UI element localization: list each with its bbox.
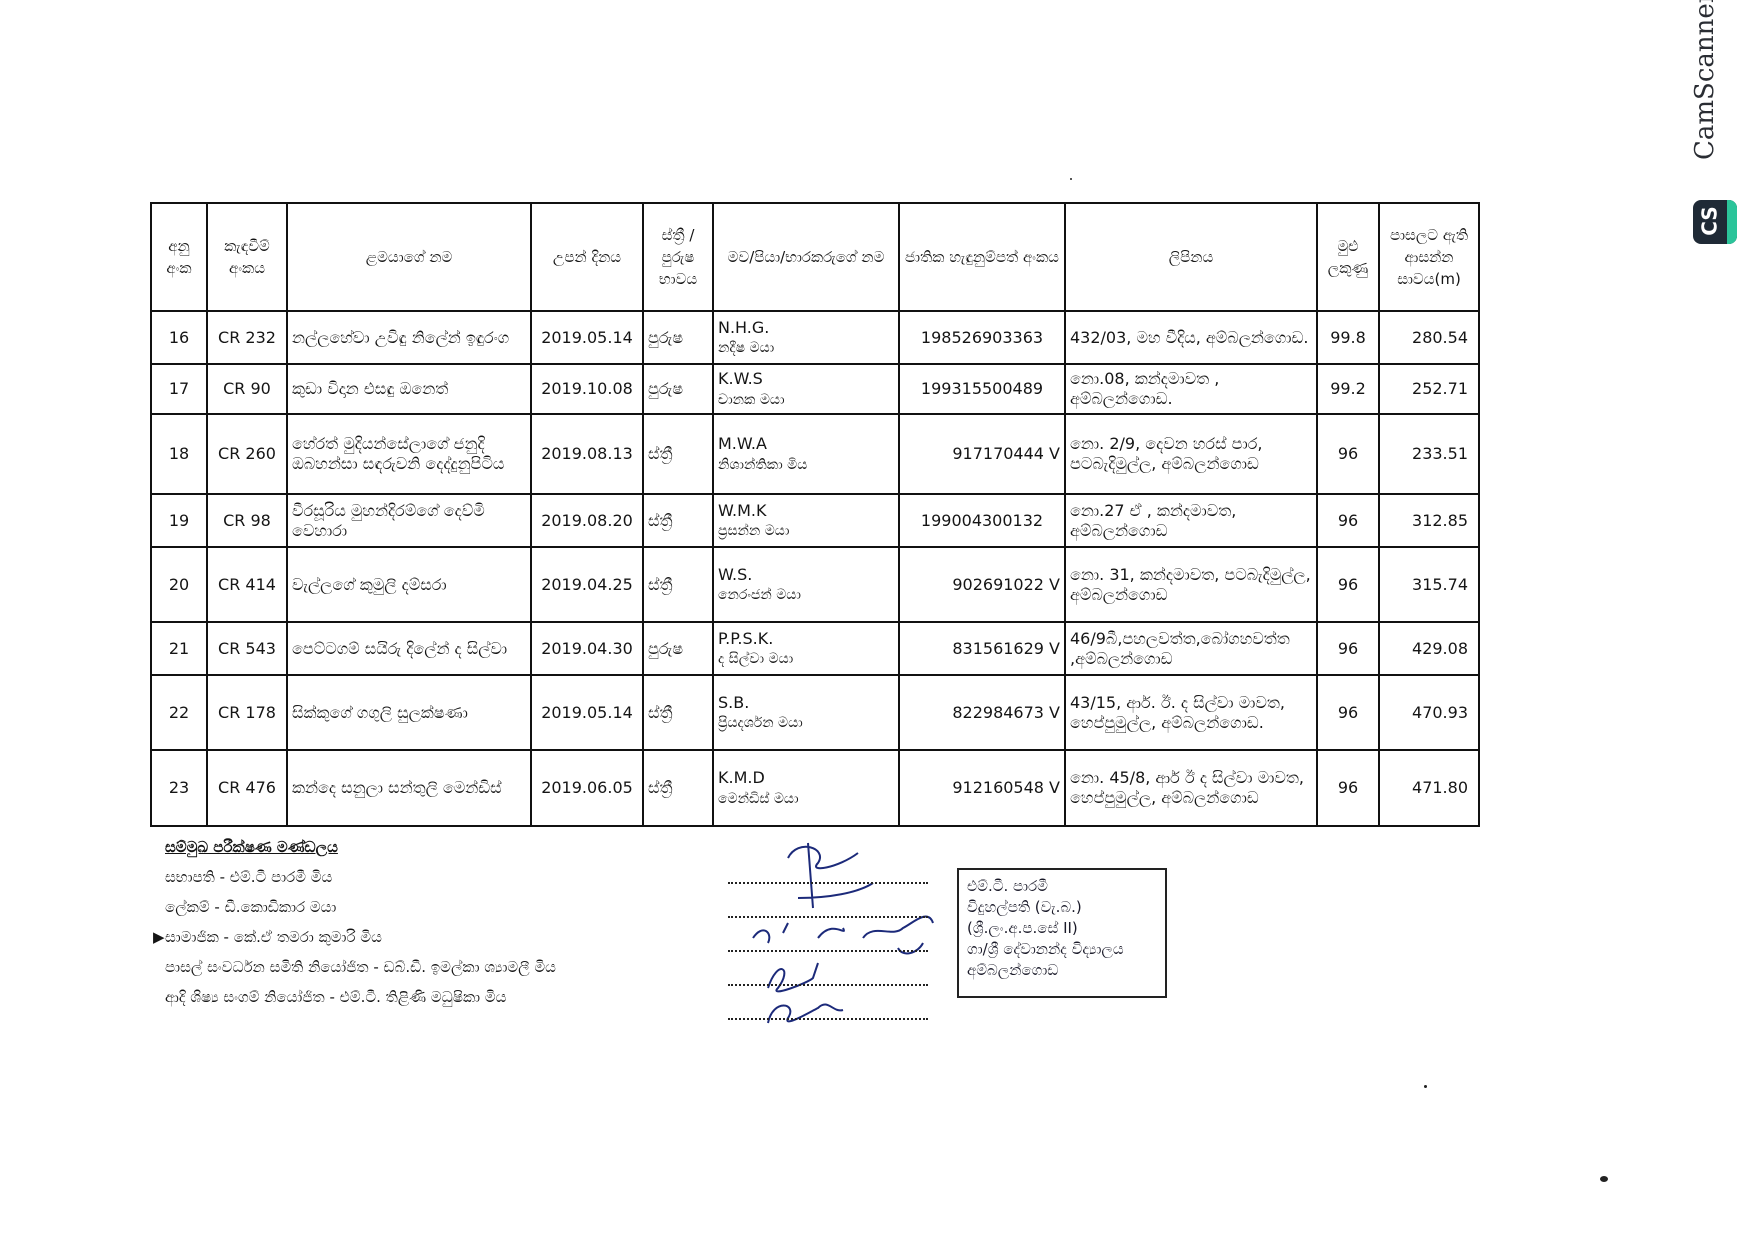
parent-name: නදීෂ මයා xyxy=(718,338,818,358)
parent-initials: S.B. xyxy=(718,693,796,713)
date-of-birth: 2019.04.30 xyxy=(531,622,643,675)
parent-cell: K.M.Dමෙන්ඩිස් මයා xyxy=(713,750,899,826)
board-member-member: සාමාජික - කේ.ඒ තමරා කුමාරි මිය xyxy=(165,928,382,946)
serial-no: 17 xyxy=(151,364,207,414)
admission-no: CR 98 xyxy=(207,494,287,547)
address: නො.08, කන්දමාවත , අම්බලන්ගොඩ. xyxy=(1065,364,1317,414)
date-of-birth: 2019.08.20 xyxy=(531,494,643,547)
parent-initials: W.S. xyxy=(718,565,796,585)
total-marks: 99.8 xyxy=(1317,311,1379,364)
signature-lines xyxy=(728,850,928,1020)
scan-speck xyxy=(1424,1085,1427,1088)
header-address: ලිපිනය xyxy=(1065,203,1317,311)
serial-no: 20 xyxy=(151,547,207,622)
parent-initials: W.M.K xyxy=(718,501,796,521)
header-date-of-birth: උපන් දිනය xyxy=(531,203,643,311)
serial-no: 16 xyxy=(151,311,207,364)
child-name: හේරත් මුදියන්සේලාගේ ජනුදි ඔබහන්සා සඳරුවන… xyxy=(287,414,531,494)
distance: 315.74 xyxy=(1379,547,1479,622)
admission-no: CR 90 xyxy=(207,364,287,414)
header-distance: පාසලට ඇති ආසන්න සාවය(m) xyxy=(1379,203,1479,311)
admission-no: CR 543 xyxy=(207,622,287,675)
parent-name: ද සිල්වා මයා xyxy=(718,649,818,669)
parent-name: නිශාන්තිකා මිය xyxy=(718,455,818,475)
stamp-line-town: අම්බලන්ගොඩ xyxy=(967,960,1157,981)
distance: 280.54 xyxy=(1379,311,1479,364)
address: නො. 45/8, ආර් ඊ ද සිල්වා මාවත, හෙප්පුමුල… xyxy=(1065,750,1317,826)
address: නො. 2/9, දෙවන හරස් පාර, පටබැදිමුල්ල, අම්… xyxy=(1065,414,1317,494)
distance: 252.71 xyxy=(1379,364,1479,414)
gender: ස්ත්‍රී xyxy=(643,414,713,494)
camscanner-watermark: CamScanner CS xyxy=(1680,40,1740,240)
table-row: 16 CR 232 නල්ලහේවා උවිඳු නිලේන් ඉඳුරංග 2… xyxy=(151,311,1479,364)
table-row: 20 CR 414 වැල්ලගේ කුමුලි දම්සරා 2019.04.… xyxy=(151,547,1479,622)
board-member-sdc-rep: පාසල් සංවර්ධන සමිති නියෝජිත - ඩබ්.ඩී. ඉම… xyxy=(165,952,556,982)
parent-initials: K.W.S xyxy=(718,369,796,389)
total-marks: 96 xyxy=(1317,622,1379,675)
child-name: සික්කුගේ ගගුලි සුලක්ෂණා xyxy=(287,675,531,750)
board-member-secretary: ලේකම් - ඩී.කොඩිකාර මයා xyxy=(165,892,556,922)
table-row: 17 CR 90 කුඩා විදාන එසඳු ඔනෙත් 2019.10.0… xyxy=(151,364,1479,414)
scan-speck xyxy=(1600,1176,1608,1182)
address: නො. 31, කන්දමාවත, පටබැදිමුල්ල, අම්බලන්ගො… xyxy=(1065,547,1317,622)
nic-no: 199315500489 xyxy=(899,364,1065,414)
parent-initials: M.W.A xyxy=(718,434,796,454)
date-of-birth: 2019.10.08 xyxy=(531,364,643,414)
parent-name: ප්‍රසන්න මයා xyxy=(718,521,818,541)
nic-no: 199004300132 xyxy=(899,494,1065,547)
child-name: පෙට්ටගම් සයිරු දිලේන් ද සිල්වා xyxy=(287,622,531,675)
distance: 471.80 xyxy=(1379,750,1479,826)
table-row: 23 CR 476 කන්දෙ සනුලා සන්තුලි මෙන්ඩිස් 2… xyxy=(151,750,1479,826)
stamp-line-service: (ශ්‍රී.ලං.අ.ප.සේ II) xyxy=(967,918,1157,939)
nic-no: 917170444 V xyxy=(899,414,1065,494)
header-admission-no: කැඳවීම් අංකය xyxy=(207,203,287,311)
nic-no: 198526903363 xyxy=(899,311,1065,364)
header-gender: ස්ත්‍රී / පුරුෂ භාවය xyxy=(643,203,713,311)
board-member-chairman: සභාපති - එම්.ටී පාරමී මිය xyxy=(165,862,556,892)
date-of-birth: 2019.06.05 xyxy=(531,750,643,826)
parent-initials: K.M.D xyxy=(718,768,796,788)
serial-no: 19 xyxy=(151,494,207,547)
serial-no: 22 xyxy=(151,675,207,750)
child-name: වැල්ලගේ කුමුලි දම්සරා xyxy=(287,547,531,622)
child-name: කන්දෙ සනුලා සන්තුලි මෙන්ඩිස් xyxy=(287,750,531,826)
table-header-row: අනු අංක කැඳවීම් අංකය ළමයාගේ නම උපන් දිනය… xyxy=(151,203,1479,311)
serial-no: 23 xyxy=(151,750,207,826)
watermark-text: CamScanner xyxy=(1690,0,1720,160)
child-name: නල්ලහේවා උවිඳු නිලේන් ඉඳුරංග xyxy=(287,311,531,364)
stamp-line-title: විදුහල්පති (වැ.බ.) xyxy=(967,897,1157,918)
admission-no: CR 414 xyxy=(207,547,287,622)
board-member-member-row: ▶ සාමාජික - කේ.ඒ තමරා කුමාරි මිය xyxy=(165,922,556,952)
address: 432/03, මහ වීදිය, අම්බලන්ගොඩ. xyxy=(1065,311,1317,364)
nic-no: 912160548 V xyxy=(899,750,1065,826)
distance: 470.93 xyxy=(1379,675,1479,750)
table-row: 18 CR 260 හේරත් මුදියන්සේලාගේ ජනුදි ඔබහන… xyxy=(151,414,1479,494)
total-marks: 96 xyxy=(1317,675,1379,750)
header-nic-no: ජාතික හැඳුනුම්පත් අංකය xyxy=(899,203,1065,311)
principal-stamp: එම්.ටී. පාරමී විදුහල්පති (වැ.බ.) (ශ්‍රී.… xyxy=(957,868,1167,998)
nic-no: 831561629 V xyxy=(899,622,1065,675)
address: නො.27 ඒ , කන්දමාවත, අම්බලන්ගොඩ xyxy=(1065,494,1317,547)
parent-cell: S.B.ප්‍රියදර්ශන මයා xyxy=(713,675,899,750)
date-of-birth: 2019.04.25 xyxy=(531,547,643,622)
camscanner-logo-icon: CS xyxy=(1693,200,1737,244)
gender: පුරුෂ xyxy=(643,622,713,675)
nic-no: 902691022 V xyxy=(899,547,1065,622)
distance: 233.51 xyxy=(1379,414,1479,494)
gender: පුරුෂ xyxy=(643,311,713,364)
admission-register-table: අනු අංක කැඳවීම් අංකය ළමයාගේ නම උපන් දිනය… xyxy=(150,202,1480,827)
address: 46/9බී,පහලවත්ත,බෝගහවත්ත ,අම්බලන්ගොඩ xyxy=(1065,622,1317,675)
parent-cell: W.S.නෙරංජන් මයා xyxy=(713,547,899,622)
gender: ස්ත්‍රී xyxy=(643,494,713,547)
child-name: කුඩා විදාන එසඳු ඔනෙත් xyxy=(287,364,531,414)
table-row: 21 CR 543 පෙට්ටගම් සයිරු දිලේන් ද සිල්වා… xyxy=(151,622,1479,675)
stamp-line-name: එම්.ටී. පාරමී xyxy=(967,876,1157,897)
total-marks: 96 xyxy=(1317,494,1379,547)
date-of-birth: 2019.05.14 xyxy=(531,311,643,364)
total-marks: 99.2 xyxy=(1317,364,1379,414)
gender: ස්ත්‍රී xyxy=(643,675,713,750)
parent-name: මෙන්ඩිස් මයා xyxy=(718,789,818,809)
header-serial-no: අනු අංක xyxy=(151,203,207,311)
header-total-marks: මුළු ලකුණු xyxy=(1317,203,1379,311)
admission-no: CR 260 xyxy=(207,414,287,494)
parent-cell: M.W.Aනිශාන්තිකා මිය xyxy=(713,414,899,494)
gender: ස්ත්‍රී xyxy=(643,547,713,622)
parent-name: චානක මයා xyxy=(718,390,818,410)
address: 43/15, ආර්. ඊ. ද සිල්වා මාවත, හෙප්පුමුල්… xyxy=(1065,675,1317,750)
parent-cell: W.M.Kප්‍රසන්න මයා xyxy=(713,494,899,547)
parent-initials: P.P.S.K. xyxy=(718,629,796,649)
distance: 312.85 xyxy=(1379,494,1479,547)
child-name: වීරසූරිය මුහන්දිරම්ගේ දෙව්මි වෙහාරා xyxy=(287,494,531,547)
total-marks: 96 xyxy=(1317,547,1379,622)
board-member-alumni-rep: ආදි ශිෂ්‍ය සංගම් නියෝජිත - එම්.ටී. තිළිණ… xyxy=(165,982,556,1012)
admission-no: CR 178 xyxy=(207,675,287,750)
date-of-birth: 2019.05.14 xyxy=(531,675,643,750)
bullet-mark-icon: ▶ xyxy=(153,922,165,952)
table-row: 19 CR 98 වීරසූරිය මුහන්දිරම්ගේ දෙව්මි වෙ… xyxy=(151,494,1479,547)
total-marks: 96 xyxy=(1317,750,1379,826)
admission-no: CR 232 xyxy=(207,311,287,364)
admission-no: CR 476 xyxy=(207,750,287,826)
nic-no: 822984673 V xyxy=(899,675,1065,750)
serial-no: 18 xyxy=(151,414,207,494)
parent-cell: N.H.G.නදීෂ මයා xyxy=(713,311,899,364)
parent-cell: P.P.S.K.ද සිල්වා මයා xyxy=(713,622,899,675)
serial-no: 21 xyxy=(151,622,207,675)
parent-cell: K.W.Sචානක මයා xyxy=(713,364,899,414)
distance: 429.08 xyxy=(1379,622,1479,675)
parent-name: නෙරංජන් මයා xyxy=(718,585,818,605)
interview-board: සම්මුඛ පරීක්ෂණ මණ්ඩලය සභාපති - එම්.ටී පා… xyxy=(165,832,556,1012)
interview-board-title: සම්මුඛ පරීක්ෂණ මණ්ඩලය xyxy=(165,832,556,862)
gender: පුරුෂ xyxy=(643,364,713,414)
header-parent-name: මව/පියා/භාරකරුගේ නම xyxy=(713,203,899,311)
date-of-birth: 2019.08.13 xyxy=(531,414,643,494)
table-row: 22 CR 178 සික්කුගේ ගගුලි සුලක්ෂණා 2019.0… xyxy=(151,675,1479,750)
total-marks: 96 xyxy=(1317,414,1379,494)
gender: ස්ත්‍රී xyxy=(643,750,713,826)
parent-name: ප්‍රියදර්ශන මයා xyxy=(718,713,818,733)
scan-speck xyxy=(1070,178,1072,180)
header-child-name: ළමයාගේ නම xyxy=(287,203,531,311)
parent-initials: N.H.G. xyxy=(718,318,796,338)
stamp-line-school: ගා/ශ්‍රී දේවානන්ද විද්‍යාලය xyxy=(967,939,1157,960)
